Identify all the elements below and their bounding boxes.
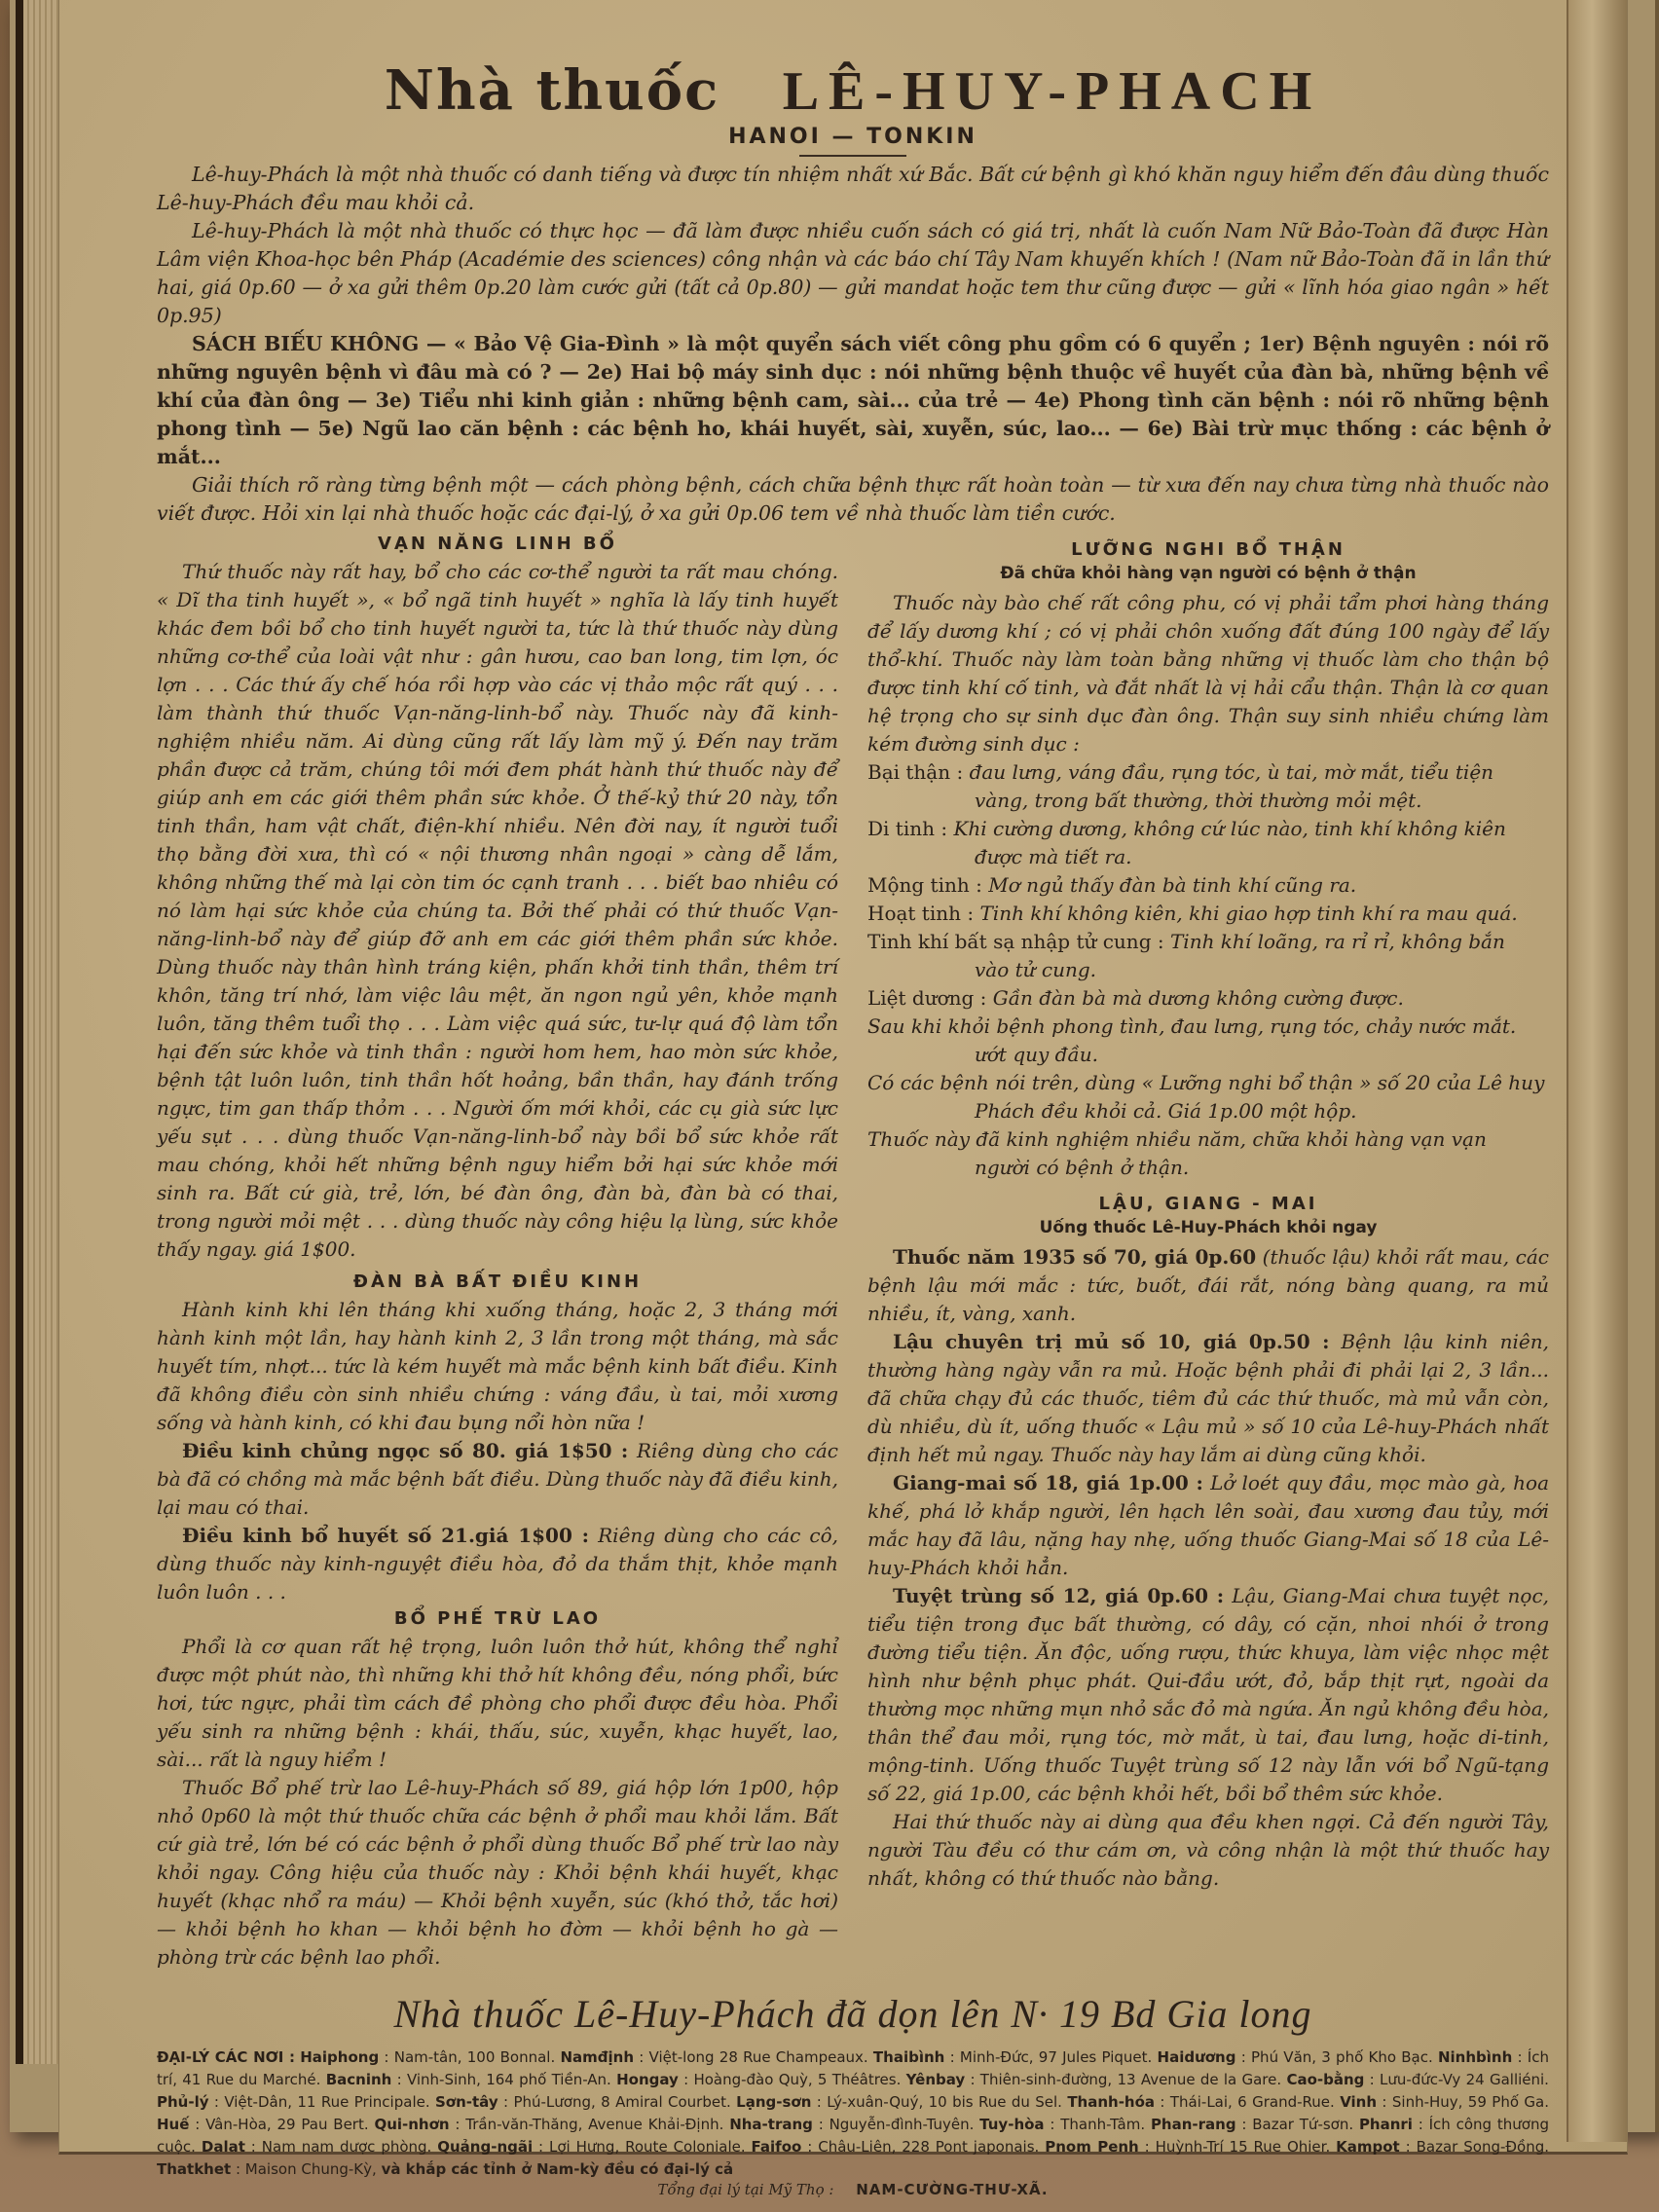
relocation-notice: Nhà thuốc Lê-Huy-Phách đã dọn lên N· 19 … bbox=[157, 1991, 1549, 2037]
left-column: VẠN NĂNG LINH BỔ Thứ thuốc này rất hay, … bbox=[157, 532, 838, 1972]
product-text: Lậu, Giang-Mai chưa tuyệt nọc, tiểu tiện… bbox=[867, 1584, 1549, 1805]
agent-entry: Thaibình : Minh-Đức, 97 Jules Piquet. bbox=[868, 2048, 1153, 2066]
symptom-term: Sau khi khỏi bệnh bbox=[867, 1013, 1046, 1041]
location-subtitle: HANOI — TONKIN bbox=[157, 125, 1549, 149]
agent-city: Haidương bbox=[1158, 2048, 1236, 2066]
agent-city: Namđịnh bbox=[560, 2048, 634, 2066]
agent-entry: Thatkhet : Maison Chung-Kỳ, bbox=[157, 2160, 377, 2178]
two-column-body: VẠN NĂNG LINH BỔ Thứ thuốc này rất hay, … bbox=[157, 532, 1549, 1972]
agent-entry: Phan-rang : Bazar Tứ-sơn. bbox=[1145, 2116, 1353, 2133]
agent-info: Thanh-Tâm. bbox=[1060, 2116, 1145, 2133]
general-agent: Tổng đại lý tại Mỹ Thọ : NAM-CƯỜNG-THƯ-X… bbox=[157, 2181, 1549, 2198]
symptom-cont: ướt quy đầu. bbox=[867, 1041, 1549, 1069]
symptom-desc: đau lưng, váng đầu, rụng tóc, ù tai, mờ … bbox=[970, 758, 1493, 787]
agent-info: Nam-tân, 100 Bonnal. bbox=[394, 2048, 556, 2066]
agent-city: Qui-nhơn bbox=[374, 2116, 449, 2133]
footer: Nhà thuốc Lê-Huy-Phách đã dọn lên N· 19 … bbox=[157, 1991, 1549, 2198]
symptom-term: Hoạt tinh : bbox=[867, 900, 974, 928]
agents-tail: và khắp các tỉnh ở Nam-kỳ đều có đại-lý … bbox=[382, 2160, 734, 2178]
agent-city: Haiphong bbox=[300, 2048, 379, 2066]
masthead: Nhà thuốc LÊ-HUY-PHACH HANOI — TONKIN bbox=[157, 58, 1549, 157]
usage-text: Có các bệnh nói trên, dùng « Lưỡng nghi … bbox=[867, 1069, 1544, 1097]
product-label: Giang-mai số 18, giá 1p.00 : bbox=[893, 1471, 1203, 1494]
section-heading: LẬU, GIANG - MAI bbox=[867, 1194, 1549, 1214]
agent-entry: Pnom Penh : Huỳnh-Trí 15 Rue Ohier. bbox=[1039, 2138, 1330, 2156]
agent-city: Thatkhet bbox=[157, 2160, 231, 2178]
agent-entry: Cao-bằng : Lưu-đức-Vy 24 Galliéni. bbox=[1281, 2071, 1549, 2088]
section-body: Phổi là cơ quan rất hệ trọng, luôn luôn … bbox=[157, 1633, 838, 1774]
symptom-term: Tinh khí bất sạ nhập tử cung : bbox=[867, 928, 1164, 956]
agent-city: Tuy-hòa bbox=[979, 2116, 1044, 2133]
agent-city: Lạng-sơn bbox=[736, 2093, 811, 2111]
product-label: Thuốc năm 1935 số 70, giá 0p.60 bbox=[893, 1245, 1256, 1269]
general-agent-name: NAM-CƯỜNG-THƯ-XÃ. bbox=[856, 2181, 1048, 2198]
symptom-cont: được mà tiết ra. bbox=[867, 843, 1549, 871]
product-item: Lậu chuyên trị mủ số 10, giá 0p.50 : Bện… bbox=[867, 1328, 1549, 1469]
proven-line: Thuốc này đã kinh nghiệm nhiều năm, chữa… bbox=[867, 1125, 1549, 1154]
product-label: Điều kinh chủng ngọc số 80. giá 1$50 : bbox=[182, 1439, 628, 1462]
agent-info: Lưu-đức-Vy 24 Galliéni. bbox=[1380, 2071, 1549, 2088]
agent-city: Bacninh bbox=[326, 2071, 392, 2088]
agent-entry: Vinh : Sinh-Huy, 59 Phố Ga. bbox=[1335, 2093, 1549, 2111]
agent-info: Nguyễn-đình-Tuyên. bbox=[829, 2116, 975, 2133]
agent-info: Việt-long 28 Rue Champeaux. bbox=[649, 2048, 868, 2066]
agent-entry: Nha-trang : Nguyễn-đình-Tuyên. bbox=[723, 2116, 974, 2133]
agent-entry: Namđịnh : Việt-long 28 Rue Champeaux. bbox=[555, 2048, 867, 2066]
symptom-term: Bại thận : bbox=[867, 758, 963, 787]
agent-entry: Lạng-sơn : Lý-xuân-Quý, 10 bis Rue du Se… bbox=[731, 2093, 1062, 2111]
agent-entry: Sơn-tây : Phú-Lương, 8 Amiral Courbet. bbox=[430, 2093, 731, 2111]
symptom-item: Di tinh : Khi cường dương, không cứ lúc … bbox=[867, 815, 1549, 843]
section-heading: LƯỠNG NGHI BỔ THẬN bbox=[867, 539, 1549, 560]
agent-entry: Dalat : Nam nam dược phòng. bbox=[196, 2138, 431, 2156]
section-heading: ĐÀN BÀ BẤT ĐIỀU KINH bbox=[157, 1272, 838, 1292]
section-heading: VẠN NĂNG LINH BỔ bbox=[157, 534, 838, 554]
usage-line: Có các bệnh nói trên, dùng « Lưỡng nghi … bbox=[867, 1069, 1549, 1097]
agent-info: Thiên-sinh-đường, 13 Avenue de la Gare. bbox=[980, 2071, 1281, 2088]
product-item: Tuyệt trùng số 12, giá 0p.60 : Lậu, Gian… bbox=[867, 1582, 1549, 1808]
agent-entry: Qui-nhơn : Trần-văn-Thăng, Avenue Khải-Đ… bbox=[369, 2116, 724, 2133]
agent-city: Faifoo bbox=[752, 2138, 802, 2156]
proven-text: Thuốc này đã kinh nghiệm nhiều năm, chữa… bbox=[867, 1125, 1487, 1154]
usage-cont: Phách đều khỏi cả. Giá 1p.00 một hộp. bbox=[867, 1097, 1549, 1125]
agent-entry: Huế : Vân-Hòa, 29 Pau Bert. bbox=[157, 2116, 369, 2133]
section-body: Hai thứ thuốc này ai dùng qua đều khen n… bbox=[867, 1808, 1549, 1893]
agent-entry: Quảng-ngãi : Lợi Hưng, Route Coloniale. bbox=[431, 2138, 745, 2156]
page-content: Nhà thuốc LÊ-HUY-PHACH HANOI — TONKIN Lê… bbox=[157, 58, 1549, 2198]
agents-lead: ĐẠI-LÝ CÁC NƠI : bbox=[157, 2048, 295, 2066]
agent-city: Quảng-ngãi bbox=[437, 2138, 533, 2156]
agent-entry: Faifoo : Châu-Liên, 228 Pont japonais. bbox=[746, 2138, 1040, 2156]
section-body: Thuốc này bào chế rất công phu, có vị ph… bbox=[867, 589, 1549, 758]
product-label: Tuyệt trùng số 12, giá 0p.60 : bbox=[893, 1584, 1224, 1607]
newspaper-page: Nhà thuốc LÊ-HUY-PHACH HANOI — TONKIN Lê… bbox=[58, 0, 1628, 2155]
agent-info: Vân-Hòa, 29 Pau Bert. bbox=[205, 2116, 369, 2133]
symptom-desc: Tinh khí không kiên, khi giao hợp tinh k… bbox=[979, 900, 1517, 928]
agent-info: Phú-Lương, 8 Amiral Courbet. bbox=[513, 2093, 730, 2111]
agent-entry: Kampot : Bazar Song-Đồng. bbox=[1330, 2138, 1549, 2156]
symptom-desc: Khi cường dương, không cứ lúc nào, tinh … bbox=[953, 815, 1505, 843]
agent-info: Lý-xuân-Quý, 10 bis Rue du Sel. bbox=[827, 2093, 1062, 2111]
section-body: Thuốc Bổ phế trừ lao Lê-huy-Phách số 89,… bbox=[157, 1774, 838, 1972]
product-item: Điều kinh chủng ngọc số 80. giá 1$50 : R… bbox=[157, 1437, 838, 1522]
section-subheading: Uống thuốc Lê-Huy-Phách khỏi ngay bbox=[867, 1218, 1549, 1237]
agent-info: Thái-Lai, 6 Grand-Rue. bbox=[1170, 2093, 1335, 2111]
symptom-desc: Tinh khí loãng, ra rỉ rỉ, không bắn bbox=[1170, 928, 1505, 956]
agent-entry: Thanh-hóa : Thái-Lai, 6 Grand-Rue. bbox=[1062, 2093, 1335, 2111]
agent-info: Nam nam dược phòng. bbox=[262, 2138, 432, 2156]
agent-info: Sinh-Huy, 59 Phố Ga. bbox=[1392, 2093, 1549, 2111]
symptom-desc: Gần đàn bà mà dương không cường được. bbox=[993, 984, 1404, 1013]
agent-city: Phanri bbox=[1359, 2116, 1413, 2133]
symptom-desc: phong tình, đau lưng, rụng tóc, chảy nướ… bbox=[1051, 1013, 1516, 1041]
agent-city: Sơn-tây bbox=[435, 2093, 498, 2111]
symptom-term: Mộng tinh : bbox=[867, 871, 982, 900]
section-body: Thứ thuốc này rất hay, bổ cho các cơ-thể… bbox=[157, 558, 838, 1264]
agent-info: Bazar Song-Đồng. bbox=[1417, 2138, 1549, 2156]
agent-city: Dalat bbox=[202, 2138, 245, 2156]
agent-city: Cao-bằng bbox=[1286, 2071, 1364, 2088]
agent-info: Trần-văn-Thăng, Avenue Khải-Định. bbox=[465, 2116, 723, 2133]
intro-section: Lê-huy-Phách là một nhà thuốc có danh ti… bbox=[157, 161, 1549, 528]
product-item: Điều kinh bổ huyết số 21.giá 1$00 : Riên… bbox=[157, 1522, 838, 1606]
symptom-term: Liệt dương : bbox=[867, 984, 986, 1013]
agent-entry: Phủ-lý : Việt-Dân, 11 Rue Principale. bbox=[157, 2093, 430, 2111]
agent-info: Huỳnh-Trí 15 Rue Ohier. bbox=[1156, 2138, 1331, 2156]
agent-city: Phan-rang bbox=[1151, 2116, 1236, 2133]
agent-entry: Yênbay : Thiên-sinh-đường, 13 Avenue de … bbox=[901, 2071, 1281, 2088]
symptom-item: Tinh khí bất sạ nhập tử cung : Tinh khí … bbox=[867, 928, 1549, 956]
agent-city: Huế bbox=[157, 2116, 189, 2133]
intro-paragraph: Lê-huy-Phách là một nhà thuốc có danh ti… bbox=[157, 161, 1549, 217]
agent-info: Việt-Dân, 11 Rue Principale. bbox=[224, 2093, 429, 2111]
agent-entry: Haidương : Phú Văn, 3 phố Kho Bạc. bbox=[1152, 2048, 1432, 2066]
binding-edge bbox=[1567, 0, 1627, 2142]
page-title: Nhà thuốc LÊ-HUY-PHACH bbox=[157, 58, 1549, 123]
symptom-item: Sau khi khỏi bệnh phong tình, đau lưng, … bbox=[867, 1013, 1549, 1041]
symptom-cont: vàng, trong bất thường, thời thường mỏi … bbox=[867, 787, 1549, 815]
agent-city: Pnom Penh bbox=[1045, 2138, 1139, 2156]
agent-info: Vinh-Sinh, 164 phố Tiền-An. bbox=[407, 2071, 611, 2088]
symptom-term: Di tinh : bbox=[867, 815, 947, 843]
intro-paragraph: Lê-huy-Phách là một nhà thuốc có thực họ… bbox=[157, 217, 1549, 330]
section-subheading: Đã chữa khỏi hàng vạn người có bệnh ở th… bbox=[867, 564, 1549, 583]
agents-list: ĐẠI-LÝ CÁC NƠI : Haiphong : Nam-tân, 100… bbox=[157, 2046, 1549, 2181]
general-agent-label: Tổng đại lý tại Mỹ Thọ : bbox=[657, 2181, 833, 2198]
proven-cont: người có bệnh ở thận. bbox=[867, 1154, 1549, 1182]
product-label: Điều kinh bổ huyết số 21.giá 1$00 : bbox=[182, 1524, 589, 1547]
intro-paragraph: SÁCH BIẾU KHÔNG — « Bảo Vệ Gia-Đình » là… bbox=[157, 330, 1549, 471]
divider bbox=[799, 155, 906, 157]
agent-info: Minh-Đức, 97 Jules Piquet. bbox=[960, 2048, 1152, 2066]
agent-city: Phủ-lý bbox=[157, 2093, 209, 2111]
right-column: LƯỠNG NGHI BỔ THẬN Đã chữa khỏi hàng vạn… bbox=[867, 532, 1549, 1972]
agent-entry: Bacninh : Vinh-Sinh, 164 phố Tiền-An. bbox=[320, 2071, 610, 2088]
agent-info: Maison Chung-Kỳ, bbox=[245, 2160, 377, 2178]
symptom-item: Hoạt tinh : Tinh khí không kiên, khi gia… bbox=[867, 900, 1549, 928]
product-item: Thuốc năm 1935 số 70, giá 0p.60 (thuốc l… bbox=[867, 1243, 1549, 1328]
agent-entry: Tuy-hòa : Thanh-Tâm. bbox=[974, 2116, 1145, 2133]
agent-info: Châu-Liên, 228 Pont japonais. bbox=[818, 2138, 1039, 2156]
agent-city: Vinh bbox=[1340, 2093, 1377, 2111]
title-name: LÊ-HUY-PHACH bbox=[783, 61, 1322, 122]
agent-city: Nha-trang bbox=[729, 2116, 813, 2133]
symptom-item: Mộng tinh : Mơ ngủ thấy đàn bà tinh khí … bbox=[867, 871, 1549, 900]
agent-info: Hoàng-đào Quỳ, 5 Théâtres. bbox=[693, 2071, 901, 2088]
symptom-list: Bại thận : đau lưng, váng đầu, rụng tóc,… bbox=[867, 758, 1549, 1182]
symptom-cont: vào tử cung. bbox=[867, 956, 1549, 984]
symptom-desc: Mơ ngủ thấy đàn bà tinh khí cũng ra. bbox=[988, 871, 1356, 900]
product-item: Giang-mai số 18, giá 1p.00 : Lở loét quy… bbox=[867, 1469, 1549, 1582]
agent-info: Phú Văn, 3 phố Kho Bạc. bbox=[1251, 2048, 1433, 2066]
agent-city: Kampot bbox=[1336, 2138, 1400, 2156]
intro-paragraph: Giải thích rõ ràng từng bệnh một — cách … bbox=[157, 471, 1549, 528]
section-heading: BỔ PHẾ TRỪ LAO bbox=[157, 1608, 838, 1629]
agent-info: Bazar Tứ-sơn. bbox=[1252, 2116, 1353, 2133]
agent-city: Yênbay bbox=[906, 2071, 966, 2088]
agent-city: Hongay bbox=[616, 2071, 679, 2088]
product-label: Lậu chuyên trị mủ số 10, giá 0p.50 : bbox=[893, 1330, 1329, 1353]
agent-city: Thanh-hóa bbox=[1067, 2093, 1155, 2111]
section-body: Hành kinh khi lên tháng khi xuống tháng,… bbox=[157, 1296, 838, 1437]
title-prefix: Nhà thuốc bbox=[385, 58, 719, 123]
symptom-item: Bại thận : đau lưng, váng đầu, rụng tóc,… bbox=[867, 758, 1549, 787]
agent-city: Ninhbình bbox=[1438, 2048, 1512, 2066]
agent-entry: Haiphong : Nam-tân, 100 Bonnal. bbox=[300, 2048, 555, 2066]
agent-info: Lợi Hưng, Route Coloniale. bbox=[549, 2138, 746, 2156]
symptom-item: Liệt dương : Gần đàn bà mà dương không c… bbox=[867, 984, 1549, 1013]
agent-entry: Hongay : Hoàng-đào Quỳ, 5 Théâtres. bbox=[611, 2071, 902, 2088]
agent-city: Thaibình bbox=[873, 2048, 944, 2066]
